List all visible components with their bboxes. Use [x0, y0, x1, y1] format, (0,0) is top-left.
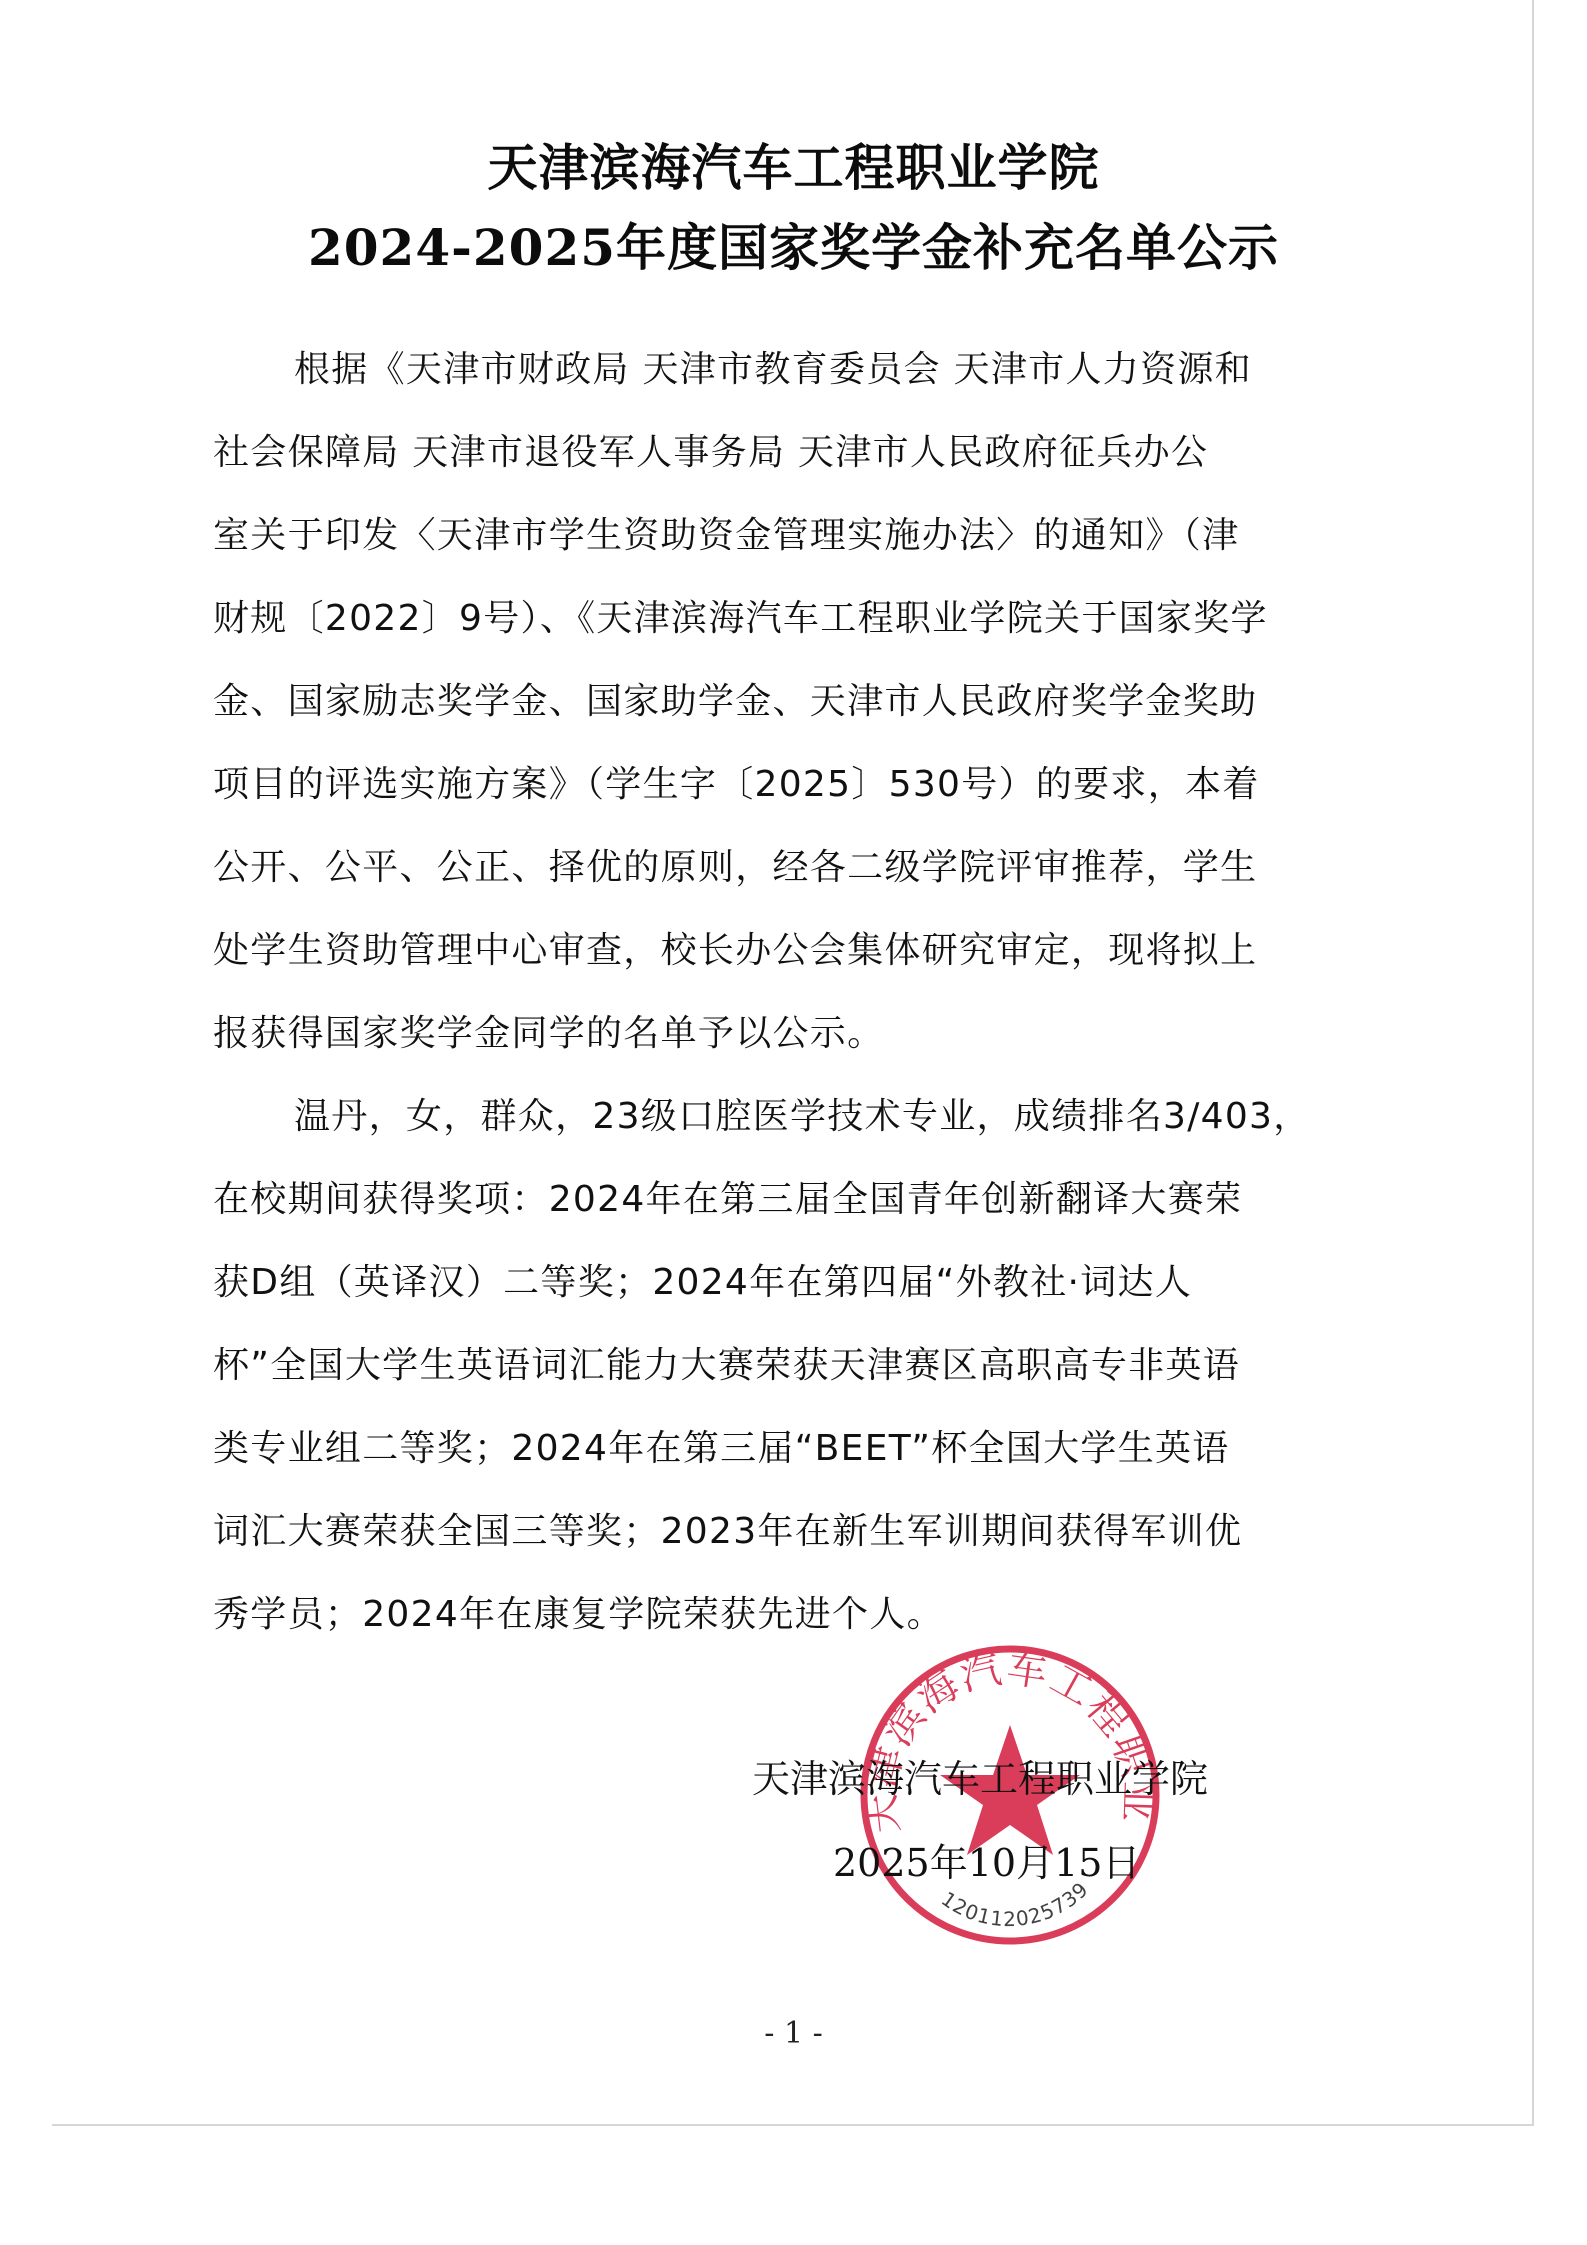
- body-line: 公开、公平、公正、择优的原则，经各二级学院评审推荐，学生: [213, 846, 1363, 890]
- body-line: 室关于印发〈天津市学生资助资金管理实施办法〉的通知》（津: [213, 514, 1363, 558]
- body-line: 获D组（英译汉）二等奖；2024年在第四届“外教社·词达人: [213, 1261, 1363, 1305]
- page-number: - 1 -: [0, 2016, 1587, 2051]
- document-title-institution: 天津滨海汽车工程职业学院: [0, 128, 1587, 200]
- document-page: [52, 0, 1534, 2126]
- signature-date: 2025年10月15日: [833, 1832, 1140, 1887]
- body-line: 根据《天津市财政局 天津市教育委员会 天津市人力资源和: [294, 348, 1364, 392]
- signature-organization: 天津滨海汽车工程职业学院: [752, 1748, 1208, 1803]
- body-line: 项目的评选实施方案》（学生字〔2025〕530号）的要求，本着: [213, 763, 1363, 807]
- body-line: 报获得国家奖学金同学的名单予以公示。: [213, 1012, 1363, 1056]
- body-line: 类专业组二等奖；2024年在第三届“BEET”杯全国大学生英语: [213, 1427, 1363, 1471]
- body-line: 杯”全国大学生英语词汇能力大赛荣获天津赛区高职高专非英语: [213, 1344, 1363, 1388]
- body-line: 词汇大赛荣获全国三等奖；2023年在新生军训期间获得军训优: [213, 1510, 1363, 1554]
- body-line: 金、国家励志奖学金、国家助学金、天津市人民政府奖学金奖助: [213, 680, 1363, 724]
- body-line: 在校期间获得奖项：2024年在第三届全国青年创新翻译大赛荣: [213, 1178, 1363, 1222]
- body-line: 处学生资助管理中心审查，校长办公会集体研究审定，现将拟上: [213, 929, 1363, 973]
- body-line: 财规〔2022〕9号）、《天津滨海汽车工程职业学院关于国家奖学: [213, 597, 1363, 641]
- body-line: 温丹，女，群众，23级口腔医学技术专业，成绩排名3/403，: [294, 1095, 1364, 1139]
- body-line: 社会保障局 天津市退役军人事务局 天津市人民政府征兵办公: [213, 431, 1363, 475]
- body-line: 秀学员；2024年在康复学院荣获先进个人。: [213, 1593, 1363, 1637]
- document-title-notice: 2024-2025年度国家奖学金补充名单公示: [0, 208, 1587, 280]
